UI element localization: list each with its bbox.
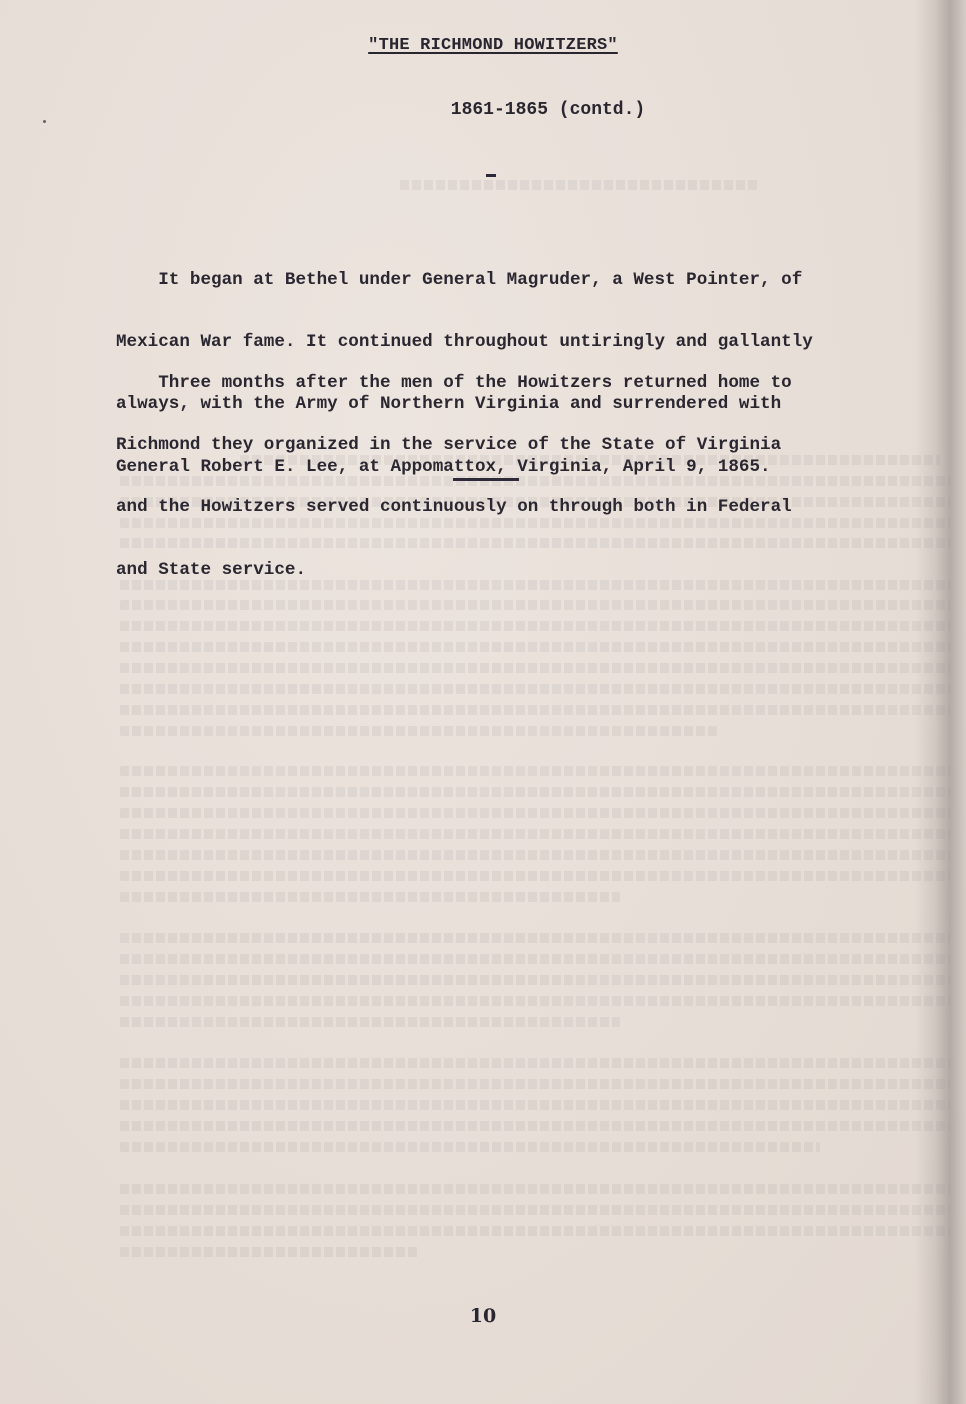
bleed-through-line: [120, 850, 950, 860]
paragraph-line: and State service.: [116, 560, 956, 581]
bleed-through-line: [120, 1226, 950, 1236]
bleed-through-line: [120, 787, 950, 797]
paper-page: "THE RICHMOND HOWITZERS" 1861-1865 (cont…: [0, 0, 966, 1404]
bleed-through-line: [120, 642, 950, 652]
document-title-text: "THE RICHMOND HOWITZERS": [368, 36, 618, 55]
bleed-through-line: [120, 1121, 950, 1131]
paper-speck: [43, 120, 46, 123]
paragraph-line: Richmond they organized in the service o…: [116, 435, 956, 456]
paragraph-line: Three months after the men of the Howitz…: [116, 373, 956, 394]
paragraph-2: Three months after the men of the Howitz…: [116, 331, 956, 622]
bleed-through-line: [120, 808, 950, 818]
separator-dash: [486, 174, 496, 177]
bleed-through-line: [120, 975, 950, 985]
bleed-through-line: [120, 871, 950, 881]
page-number: 10: [0, 1305, 966, 1327]
bleed-through-line: [400, 180, 760, 190]
bleed-through-line: [120, 954, 950, 964]
bleed-through-line: [120, 705, 950, 715]
bleed-through-line: [120, 1058, 950, 1068]
section-divider-rule: [453, 478, 519, 481]
bleed-through-line: [120, 1184, 950, 1194]
bleed-through-line: [120, 1205, 950, 1215]
bleed-through-line: [120, 621, 950, 631]
bleed-through-line: [120, 892, 620, 902]
bleed-through-line: [120, 996, 950, 1006]
bleed-through-line: [120, 726, 720, 736]
document-title: "THE RICHMOND HOWITZERS": [0, 36, 966, 55]
paragraph-line: It began at Bethel under General Magrude…: [116, 270, 956, 291]
bleed-through-line: [120, 1142, 820, 1152]
bleed-through-line: [120, 663, 950, 673]
bleed-through-line: [120, 1247, 420, 1257]
bleed-through-line: [120, 1079, 950, 1089]
bleed-through-line: [120, 933, 950, 943]
document-subtitle: 1861-1865 (contd.): [0, 100, 966, 120]
bleed-through-line: [120, 829, 950, 839]
paragraph-line: and the Howitzers served continuously on…: [116, 497, 956, 518]
bleed-through-line: [120, 1017, 620, 1027]
bleed-through-line: [120, 1100, 950, 1110]
bleed-through-line: [120, 766, 950, 776]
bleed-through-line: [120, 684, 950, 694]
